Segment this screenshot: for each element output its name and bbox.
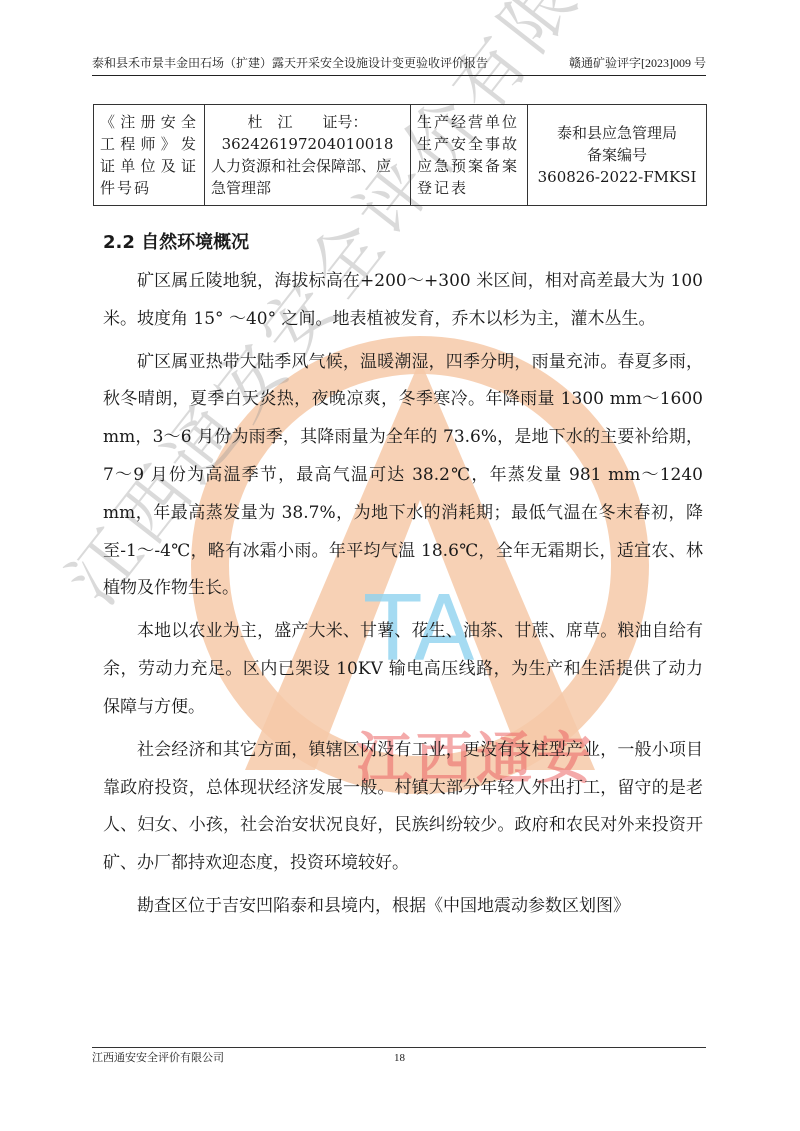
table-cell-plan-value: 泰和县应急管理局 备案编号 360826-2022-FMKSI [528, 105, 707, 206]
paragraph-terrain: 矿区属丘陵地貌，海拔标高在+200～+300 米区间，相对高差最大为 100 米… [103, 263, 703, 339]
section-body: 矿区属丘陵地貌，海拔标高在+200～+300 米区间，相对高差最大为 100 米… [103, 263, 703, 931]
document-number: 赣通矿验评字[2023]009 号 [569, 53, 706, 75]
filing-number: 360826-2022-FMKSI [534, 166, 700, 188]
footer-company: 江西通安安全评价有限公司 [92, 1052, 224, 1064]
report-title: 泰和县禾市景丰金田石场（扩建）露天开采安全设施设计变更验收评价报告 [92, 53, 488, 75]
paragraph-climate: 矿区属亚热带大陆季风气候，温暖潮湿，四季分明，雨量充沛。春夏多雨，秋冬晴朗，夏季… [103, 344, 703, 609]
cert-number: 362426197204010018 [211, 133, 404, 155]
cert-issuer: 人力资源和社会保障部、应急管理部 [211, 155, 404, 199]
cert-holder: 杜 江 证号： [211, 111, 404, 133]
page-number: 18 [394, 1049, 405, 1067]
section-title: 2.2 自然环境概况 [103, 228, 249, 258]
page-header: 泰和县禾市景丰金田石场（扩建）露天开采安全设施设计变更验收评价报告 赣通矿验评字… [92, 53, 706, 76]
table-cell-cert-value: 杜 江 证号： 362426197204010018 人力资源和社会保障部、应急… [205, 105, 411, 206]
table-cell-cert-label: 《注册安全工程师》发证单位及证件号码 [94, 105, 205, 206]
table-row: 《注册安全工程师》发证单位及证件号码 杜 江 证号： 3624261972040… [94, 105, 707, 206]
paragraph-agriculture: 本地以农业为主，盛产大米、甘薯、花生、油茶、甘蔗、席草。粮油自给有余，劳动力充足… [103, 613, 703, 726]
filing-authority: 泰和县应急管理局 [534, 122, 700, 144]
paragraph-economy: 社会经济和其它方面，镇辖区内没有工业，更没有支柱型产业，一般小项目靠政府投资，总… [103, 732, 703, 883]
table-cell-plan-label: 生产经营单位生产安全事故应急预案备案登记表 [411, 105, 528, 206]
paragraph-seismic: 勘查区位于吉安凹陷泰和县境内，根据《中国地震动参数区划图》 [103, 888, 703, 926]
filing-number-label: 备案编号 [534, 144, 700, 166]
page-footer: 江西通安安全评价有限公司 18 [92, 1047, 706, 1067]
certificate-table: 《注册安全工程师》发证单位及证件号码 杜 江 证号： 3624261972040… [93, 104, 707, 206]
